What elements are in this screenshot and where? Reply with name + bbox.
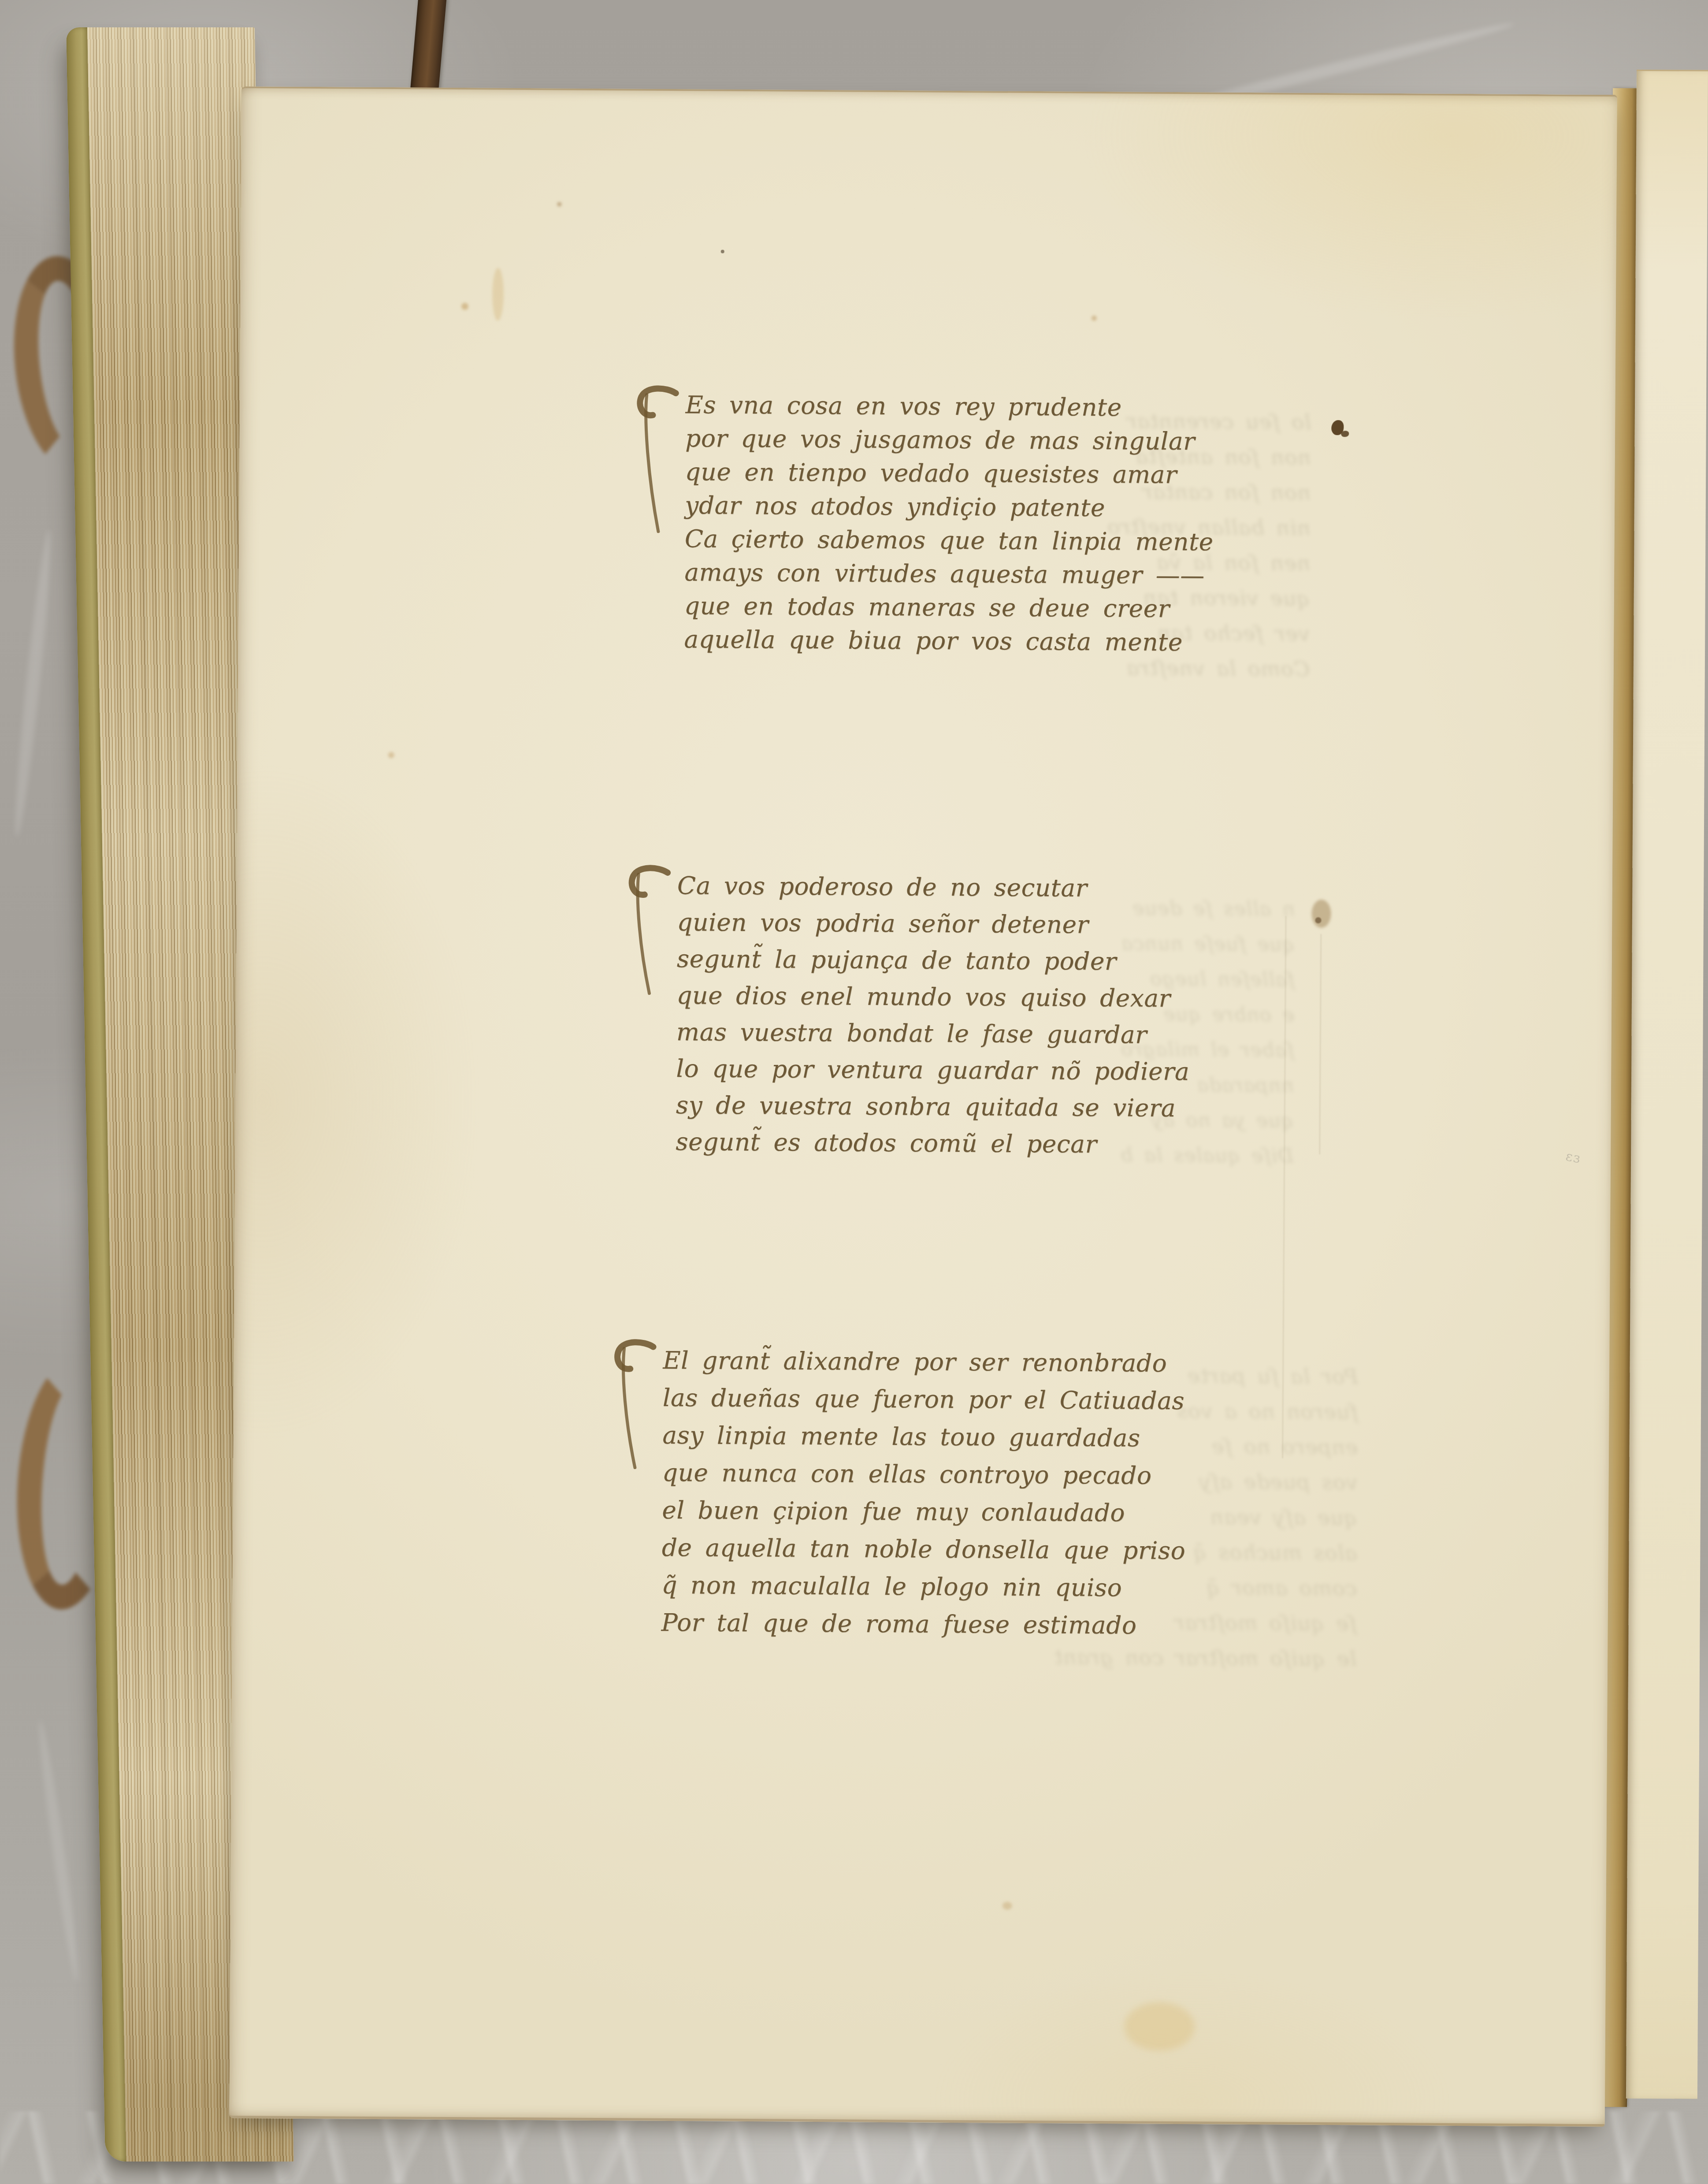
ink-smudge [1315, 917, 1321, 923]
manuscript-line: El grant̃ alixandre por ser renonbrado [663, 1342, 1187, 1382]
manuscript-line: asy linpia mente las touo guardadas [662, 1417, 1186, 1457]
manuscript-line: que dios enel mundo vos quiso dexar [676, 977, 1190, 1017]
stain [1124, 2002, 1195, 2051]
manuscript-line: que en todas maneras se deue creer [684, 589, 1213, 625]
manuscript-line: aquella que biua por vos casta mente [684, 622, 1213, 659]
manuscript-photo: lo ſeu cerenntar non ſon anteſta non ſon… [0, 0, 1708, 2184]
manuscript-line: Por tal que de roma fuese estimado [661, 1604, 1185, 1645]
capitulum-mark-icon [633, 385, 682, 535]
manuscript-line: Ca çierto sabemos que tan linpia mente [685, 522, 1214, 558]
show-through-line: le quiſo moſtrar con grant [1048, 1640, 1356, 1677]
foxing-spot [1092, 316, 1097, 321]
ruling-show-through [1319, 934, 1322, 1154]
manuscript-line: q̃ non maculalla le plogo nin quiso [661, 1566, 1185, 1607]
foxing-spot [461, 303, 468, 310]
fiber-speck [721, 250, 724, 253]
manuscript-line: mas vuestra bondat le fase guardar [676, 1014, 1190, 1053]
pencil-mark: ɛɜ [1564, 1149, 1582, 1167]
manuscript-line: que nunca con ellas controyo pecado [662, 1454, 1186, 1495]
foxing-spot [388, 752, 394, 758]
foxing-streak [492, 268, 504, 320]
manuscript-line: ydar nos atodos yndiçio patente [685, 488, 1214, 525]
capitulum-mark-icon [624, 864, 674, 997]
stanza-3: El grant̃ alixandre por ser renonbrado l… [661, 1342, 1187, 1645]
manuscript-line: las dueñas que fueron por el Catiuadas [663, 1379, 1187, 1420]
capitulum-mark-icon [610, 1339, 660, 1471]
ink-blot [1341, 431, 1349, 437]
manuscript-line: Ca vos poderoso de no secutar [677, 867, 1191, 907]
manuscript-line: Es vna cosa en vos rey prudente [685, 388, 1214, 424]
stanza-2: Ca vos poderoso de no secutar quien vos … [676, 867, 1191, 1163]
facing-page-edge [1626, 70, 1708, 2099]
manuscript-line: de aquella tan noble donsella que priso [662, 1529, 1186, 1570]
manuscript-line: el buen çipion fue muy conlaudado [662, 1492, 1186, 1532]
foxing-spot [1003, 1902, 1012, 1910]
fiber-speck [557, 202, 561, 206]
ink-smudge [1311, 900, 1331, 928]
manuscript-line: segunt̃ es atodos comũ el pecar [676, 1124, 1189, 1163]
manuscript-line: quien vos podria señor detener [677, 904, 1190, 944]
manuscript-line: segunt̃ la pujança de tanto poder [677, 941, 1190, 980]
manuscript-line: por que vos jusgamos de mas singular [685, 421, 1214, 458]
manuscript-line: lo que por ventura guardar nõ podiera [676, 1050, 1189, 1090]
manuscript-page: lo ſeu cerenntar non ſon anteſta non ſon… [229, 86, 1617, 2127]
stanza-1: Es vna cosa en vos rey prudente por que … [684, 388, 1214, 659]
manuscript-line: que en tienpo vedado quesistes amar [685, 455, 1214, 491]
manuscript-line: sy de vuestra sonbra quitada se viera [676, 1087, 1189, 1127]
manuscript-line: amays con virtudes aquesta muger —— [684, 555, 1213, 592]
